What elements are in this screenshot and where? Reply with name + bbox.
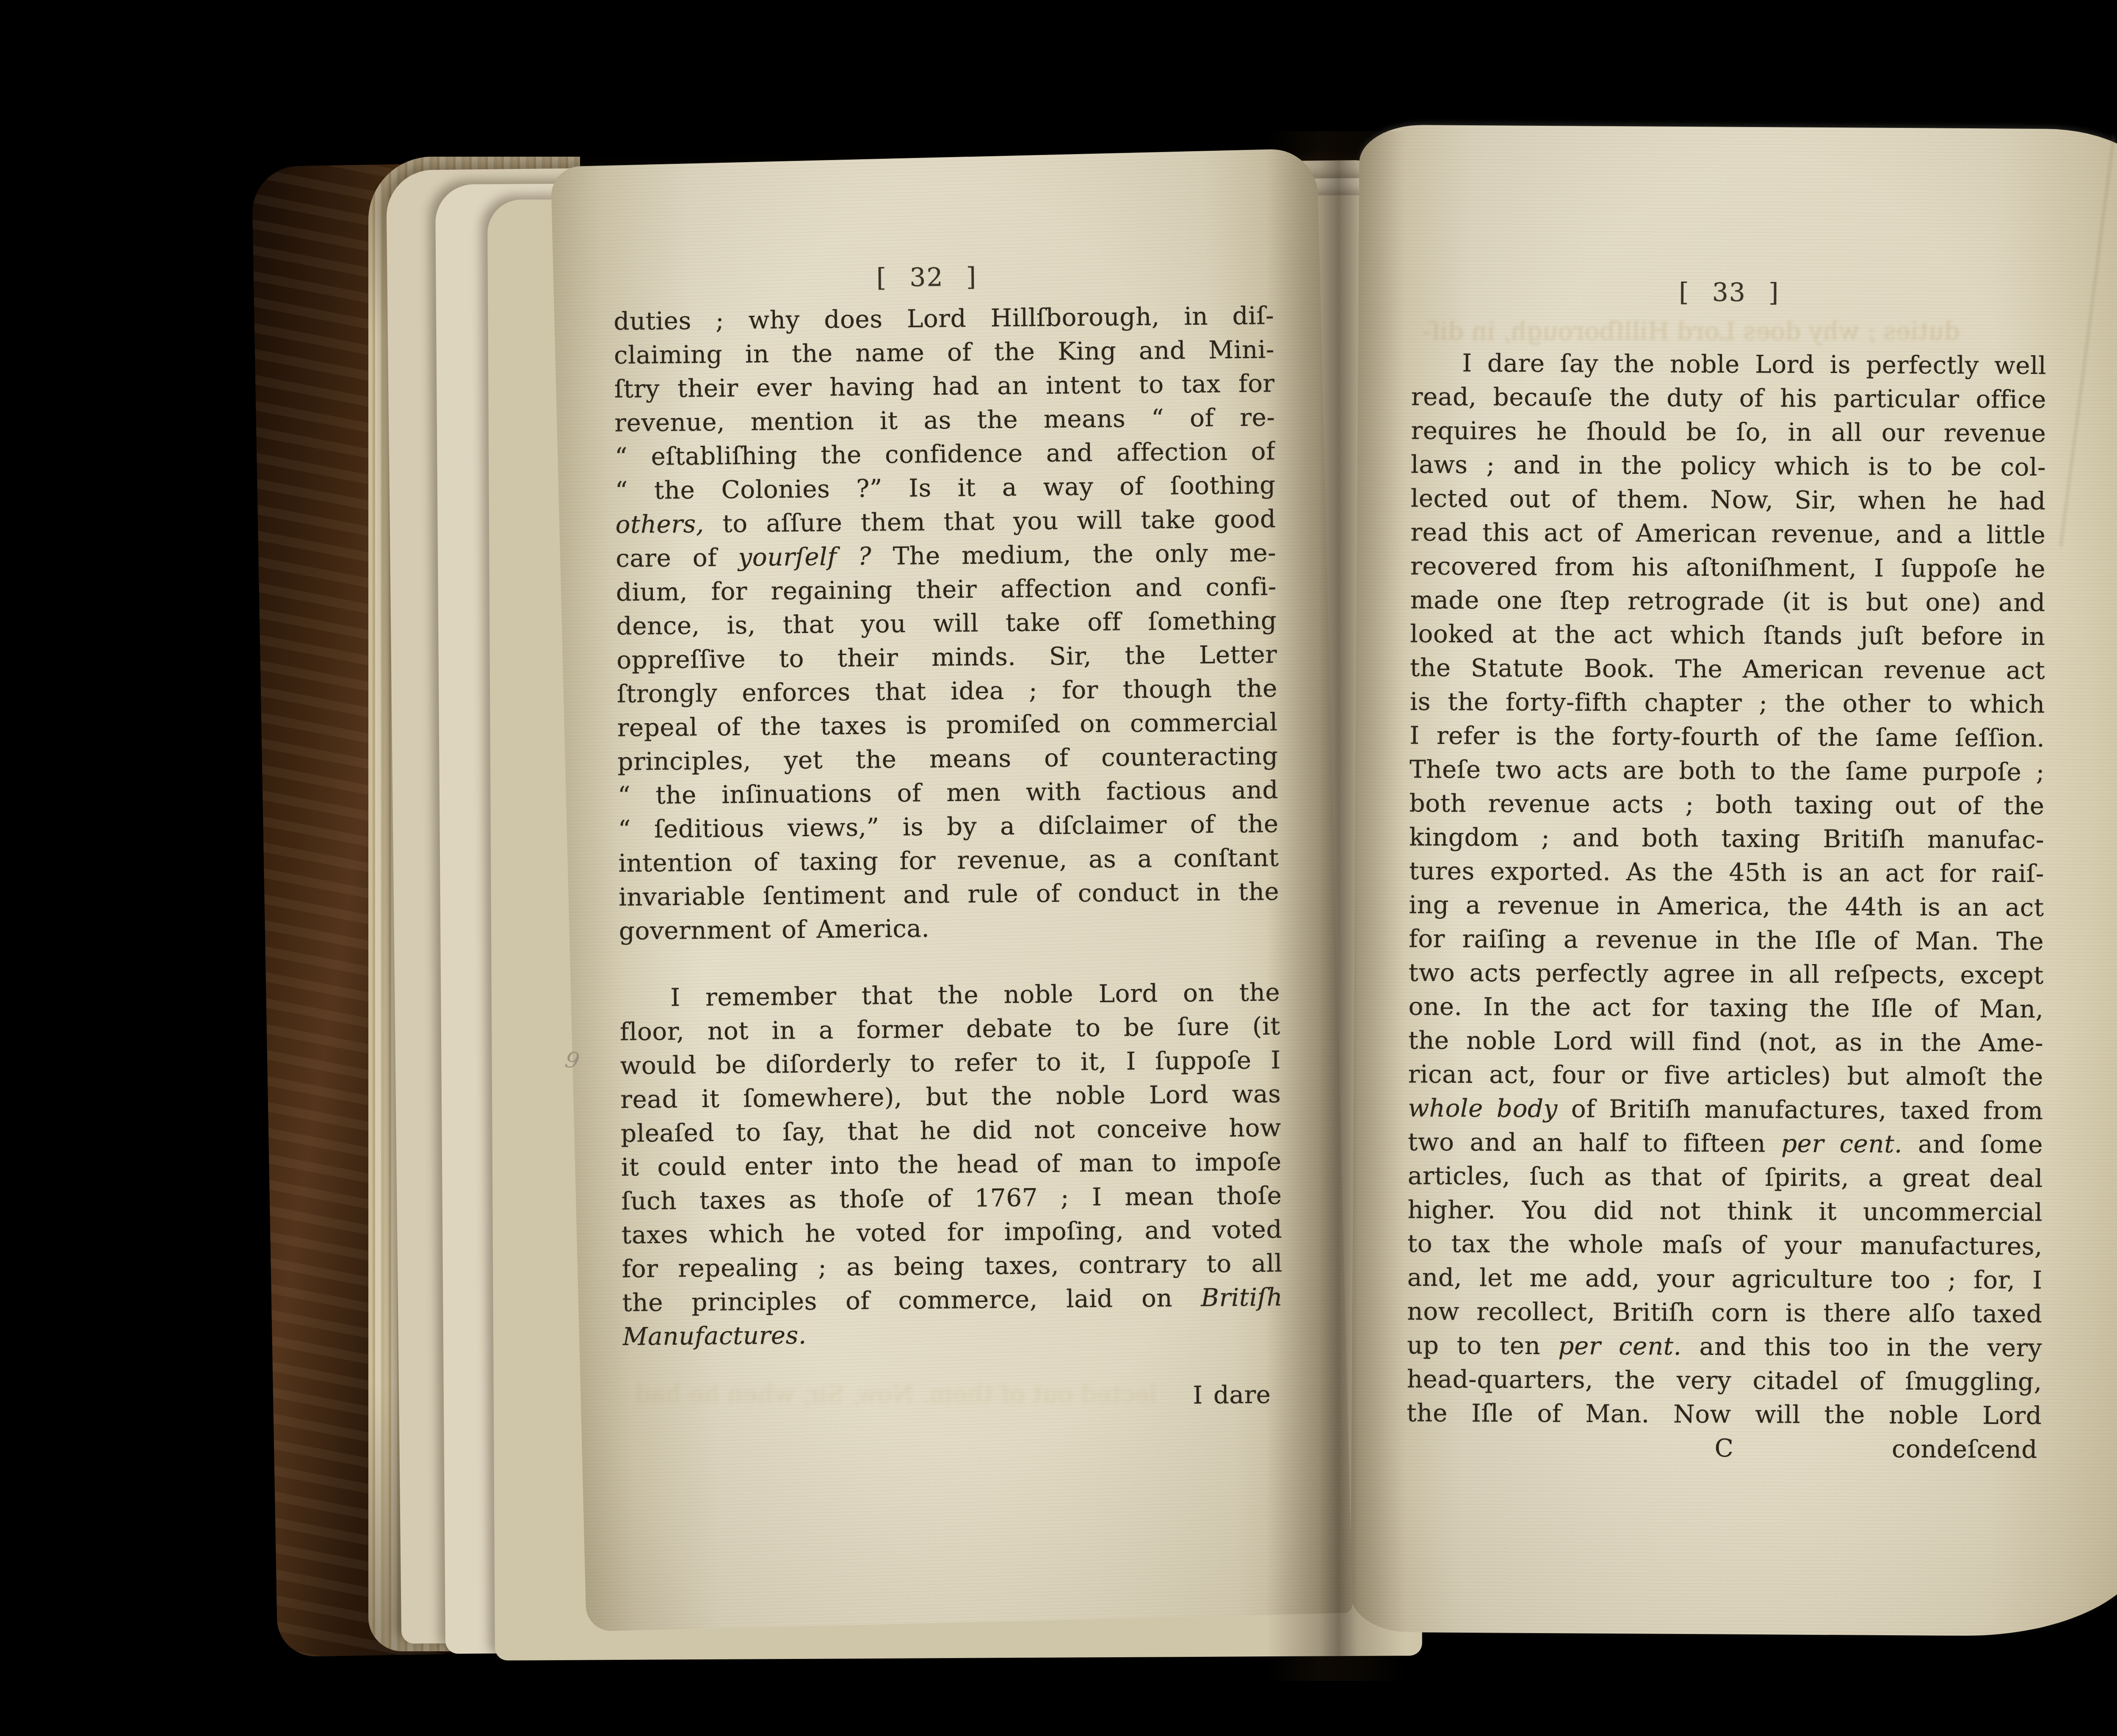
text-line: “ the inſinuations of men with factious …	[618, 773, 1279, 813]
text-line: made one ſtep retrograde (it is but one)…	[1410, 583, 2045, 620]
text-line: ing a revenue in America, the 44th is an…	[1409, 888, 2044, 925]
text-line: “ the Colonies ?” Is it a way of ſoothin…	[615, 468, 1276, 508]
text-line: I refer is the forty-fourth of the ſame …	[1409, 719, 2045, 755]
page-32-lines: duties ; why does Lord Hillſborough, in …	[614, 299, 1283, 1354]
text-line: read, becauſe the duty of his particular…	[1411, 380, 2046, 417]
text-line: ſuch taxes as thoſe of 1767 ; I mean tho…	[621, 1178, 1282, 1218]
text-line: one. In the act for taxing the Iſle of M…	[1408, 990, 2043, 1026]
text-line: pleaſed to ſay, that he did not conceive…	[621, 1111, 1282, 1150]
text-line: floor, not in a former debate to be ſure…	[620, 1009, 1281, 1049]
text-line: it could enter into the head of man to i…	[621, 1144, 1282, 1184]
text-line: would be diſorderly to refer to it, I ſu…	[620, 1043, 1281, 1083]
page-number-32: [ 32 ]	[596, 257, 1257, 299]
text-line: Manufactures.	[622, 1314, 1283, 1354]
text-line: care of yourſelf ? The medium, the only …	[616, 536, 1277, 575]
page-32-content: [ 32 ] duties ; why does Lord Hillſborou…	[613, 256, 1284, 1417]
text-line: duties ; why does Lord Hillſborough, in …	[614, 299, 1274, 338]
text-line: both revenue acts ; both taxing out of t…	[1409, 786, 2045, 823]
text-line: requires he ſhould be ſo, in all our rev…	[1411, 414, 2046, 451]
text-line: I remember that the noble Lord on the	[619, 975, 1280, 1015]
text-line: invariable ſentiment and rule of conduct…	[619, 874, 1280, 914]
text-line: others, to aſſure them that you will tak…	[615, 502, 1276, 542]
text-line: rican act, four or five articles) but al…	[1408, 1057, 2043, 1094]
text-line: head-quarters, the very citadel of ſmugg…	[1407, 1362, 2042, 1399]
text-line: higher. You did not think it uncommercia…	[1407, 1193, 2042, 1230]
text-line: read it ſomewhere), but the noble Lord w…	[620, 1077, 1281, 1117]
text-line: whole body of Britiſh manufactures, taxe…	[1408, 1091, 2043, 1128]
text-line: taxes which he voted for impoſing, and v…	[622, 1212, 1282, 1252]
text-line: recovered from his aſtoniſhment, I ſuppo…	[1410, 549, 2045, 586]
text-line: ſtrongly enforces that idea ; for though…	[617, 671, 1278, 711]
text-line: government of America.	[619, 908, 1280, 948]
text-line: tures exported. As the 45th is an act fo…	[1409, 854, 2044, 891]
text-line: dium, for regaining their affection and …	[616, 569, 1277, 609]
text-line: I dare ſay the noble Lord is perfectly w…	[1411, 346, 2046, 383]
text-line: looked at the act which ſtands juſt befo…	[1410, 617, 2045, 654]
text-line: to tax the whole maſs of your manufactur…	[1407, 1227, 2042, 1263]
text-line: kingdom ; and both taxing Britiſh manufa…	[1409, 820, 2044, 857]
text-line: for raiſing a revenue in the Iſle of Man…	[1409, 922, 2044, 959]
text-line: intention of taxing for revenue, as a co…	[618, 840, 1279, 880]
text-line: up to ten per cent. and this too in the …	[1407, 1328, 2042, 1365]
text-line: oppreſſive to their minds. Sir, the Lett…	[616, 637, 1277, 677]
text-line: “ ſeditious views,” is by a diſclaimer o…	[618, 807, 1279, 846]
text-line: is the forty-fifth chapter ; the other t…	[1410, 685, 2045, 721]
text-line: read this act of American revenue, and a…	[1410, 515, 2045, 552]
page-33-lines: I dare ſay the noble Lord is perfectly w…	[1407, 346, 2046, 1433]
text-line: for repealing ; as being taxes, contrary…	[622, 1246, 1283, 1286]
text-line: now recollect, Britiſh corn is there alſ…	[1407, 1294, 2042, 1331]
text-line: two acts perfectly agree in all reſpects…	[1409, 956, 2044, 992]
text-line: revenue, mention it as the means “ of re…	[614, 400, 1275, 440]
signature-line: C condeſcend	[1407, 1430, 2042, 1467]
catchword-33: condeſcend	[1892, 1432, 2037, 1467]
text-line: the noble Lord will find (not, as in the…	[1408, 1023, 2043, 1060]
text-line: principles, yet the means of counteracti…	[617, 739, 1278, 779]
page-33-content: [ 33 ] I dare ſay the noble Lord is perf…	[1407, 273, 2047, 1467]
text-line: lected out of them. Now, Sir, when he ha…	[1411, 481, 2046, 518]
text-line: the Statute Book. The American revenue a…	[1410, 651, 2045, 688]
text-line: claiming in the name of the King and Min…	[614, 332, 1275, 372]
text-line: Theſe two acts are both to the ſame purp…	[1409, 752, 2045, 789]
text-line: articles, ſuch as that of ſpirits, a gre…	[1408, 1159, 2043, 1196]
text-line: repeal of the taxes is promiſed on comme…	[617, 705, 1278, 745]
photo-background: duties ; why does Lord Hillſborough, in …	[0, 0, 2117, 1736]
text-line: “ eſtabliſhing the confidence and affect…	[615, 434, 1276, 474]
page-number-33: [ 33 ]	[1412, 273, 2047, 312]
text-line: the principles of commerce, laid on Brit…	[622, 1280, 1283, 1320]
open-book: duties ; why does Lord Hillſborough, in …	[254, 114, 2117, 1681]
text-line: dence, is, that you will take off ſometh…	[616, 603, 1277, 643]
text-line: ſtry their ever having had an intent to …	[614, 366, 1275, 406]
text-line: the Iſle of Man. Now will the noble Lord	[1407, 1396, 2042, 1433]
text-line: and, let me add, your agriculture too ; …	[1407, 1261, 2042, 1297]
text-line: laws ; and in the policy which is to be …	[1411, 448, 2046, 484]
paper-crease	[2060, 135, 2114, 547]
catchword-32: I dare	[623, 1377, 1284, 1417]
text-line: two and an half to fifteen per cent. and…	[1408, 1125, 2043, 1162]
